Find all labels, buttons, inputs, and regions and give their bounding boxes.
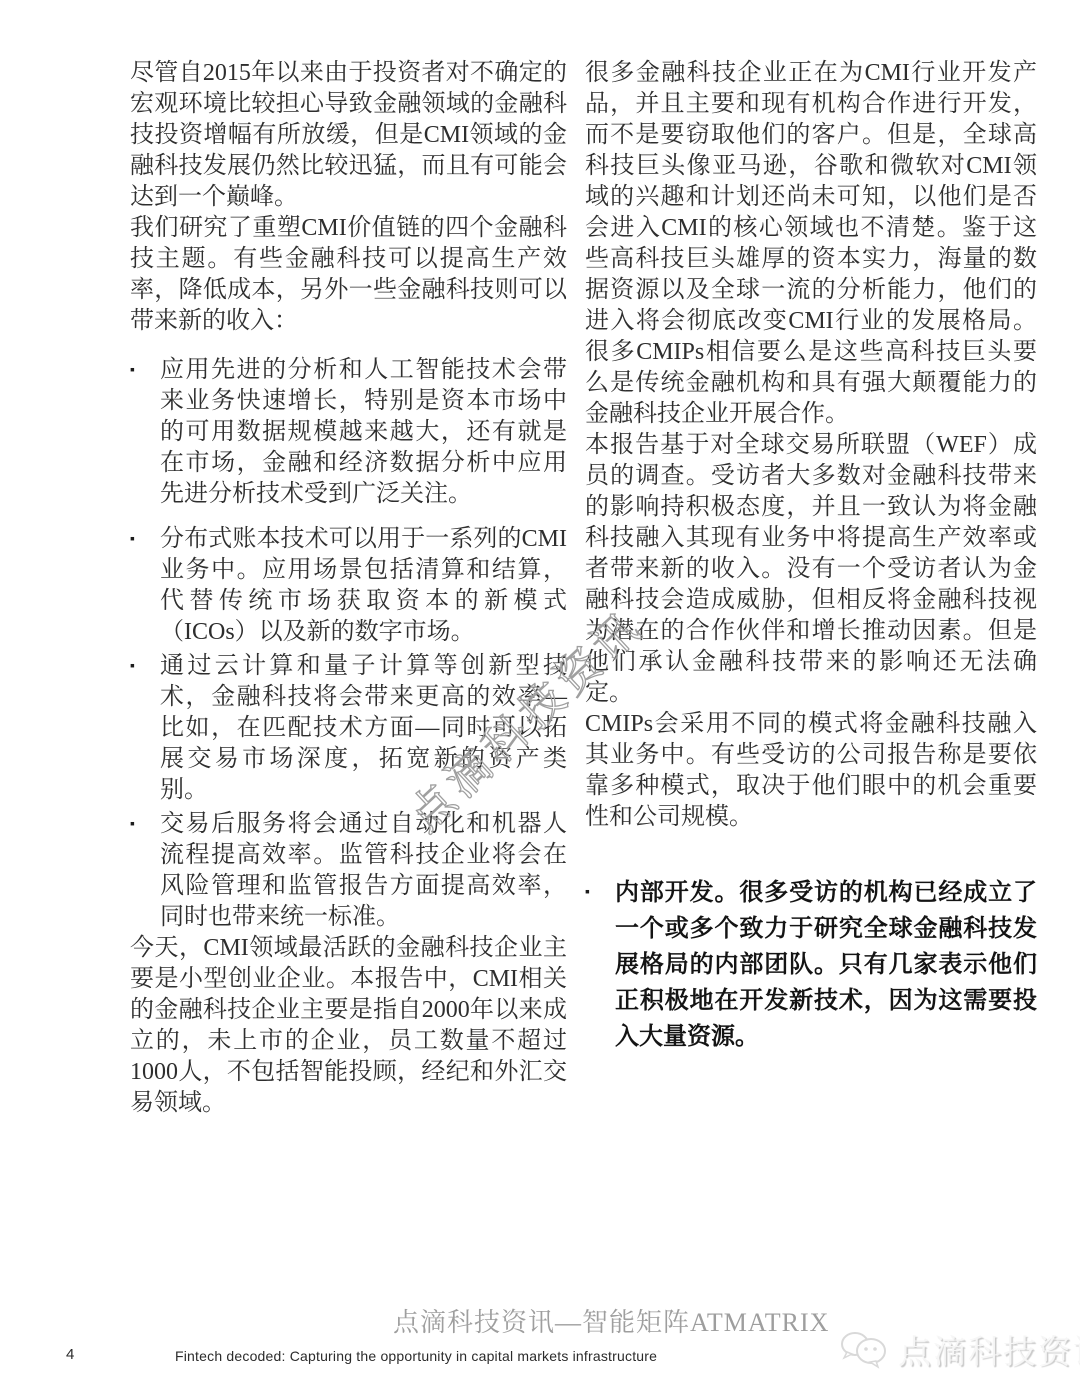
report-title-footer: Fintech decoded: Capturing the opportuni… (175, 1348, 657, 1364)
bullet-text: 交易后服务将会通过自动化和机器人流程提高效率。监管科技企业将会在风险管理和监管报… (160, 809, 567, 933)
paragraph-fintech-products: 很多金融科技企业正在为CMI行业开发产品，并且主要和现有机构合作进行开发，而不是… (585, 58, 1037, 430)
corner-logo-text: 点滴科技资讯 (898, 1326, 1080, 1373)
page-number: 4 (66, 1346, 74, 1363)
chat-bubbles-icon (838, 1329, 890, 1371)
brand-watermark-line: 点滴科技资讯—智能矩阵ATMATRIX (393, 1302, 829, 1339)
paragraph-cmips-models: CMIPs会采用不同的模式将金融科技融入其业务中。有些受访的公司报告称是要依靠多… (585, 709, 1037, 833)
bullet-text: 分布式账本技术可以用于一系列的CMI业务中。应用场景包括清算和结算，代替传统市场… (160, 524, 567, 648)
bullet-list: ▪ 应用先进的分析和人工智能技术会带来业务快速增长，特别是资本市场中的可用数据规… (130, 355, 567, 933)
bullet-text: 通过云计算和量子计算等创新型技术，金融科技将会带来更高的效率—比如，在匹配技术方… (160, 651, 567, 806)
bullet-square-icon: ▪ (130, 809, 160, 840)
left-column: 尽管自2015年以来由于投资者对不确定的宏观环境比较担心导致金融领域的金融科技投… (130, 58, 567, 1119)
bullet-item: ▪ 应用先进的分析和人工智能技术会带来业务快速增长，特别是资本市场中的可用数据规… (130, 355, 567, 510)
paragraph-wef-survey: 本报告基于对全球交易所联盟（WEF）成员的调查。受访者大多数对金融科技带来的影响… (585, 430, 1037, 709)
bullet-square-icon: ▪ (130, 524, 160, 555)
bullet-text: 应用先进的分析和人工智能技术会带来业务快速增长，特别是资本市场中的可用数据规模越… (160, 355, 567, 510)
corner-brand-logo: 点滴科技资讯 (838, 1326, 1080, 1373)
bullet-text-bold: 内部开发。很多受访的机构已经成立了一个或多个致力于研究全球金融科技发展格局的内部… (615, 875, 1037, 1055)
document-page: 尽管自2015年以来由于投资者对不确定的宏观环境比较担心导致金融领域的金融科技投… (0, 0, 1080, 1397)
bullet-item: ▪ 通过云计算和量子计算等创新型技术，金融科技将会带来更高的效率—比如，在匹配技… (130, 651, 567, 806)
paragraph-intro: 尽管自2015年以来由于投资者对不确定的宏观环境比较担心导致金融领域的金融科技投… (130, 58, 567, 213)
paragraph-closing: 今天，CMI领域最活跃的金融科技企业主要是小型创业企业。本报告中，CMI相关的金… (130, 933, 567, 1119)
bullet-item-internal-development: ▪ 内部开发。很多受访的机构已经成立了一个或多个致力于研究全球金融科技发展格局的… (585, 875, 1037, 1055)
bullet-square-icon: ▪ (130, 355, 160, 386)
bullet-square-icon: ▪ (585, 875, 615, 911)
bullet-item: ▪ 分布式账本技术可以用于一系列的CMI业务中。应用场景包括清算和结算，代替传统… (130, 524, 567, 648)
right-column: 很多金融科技企业正在为CMI行业开发产品，并且主要和现有机构合作进行开发，而不是… (585, 58, 1037, 1055)
bullet-square-icon: ▪ (130, 651, 160, 682)
bullet-item: ▪ 交易后服务将会通过自动化和机器人流程提高效率。监管科技企业将会在风险管理和监… (130, 809, 567, 933)
paragraph-themes: 我们研究了重塑CMI价值链的四个金融科技主题。有些金融科技可以提高生产效率，降低… (130, 213, 567, 337)
